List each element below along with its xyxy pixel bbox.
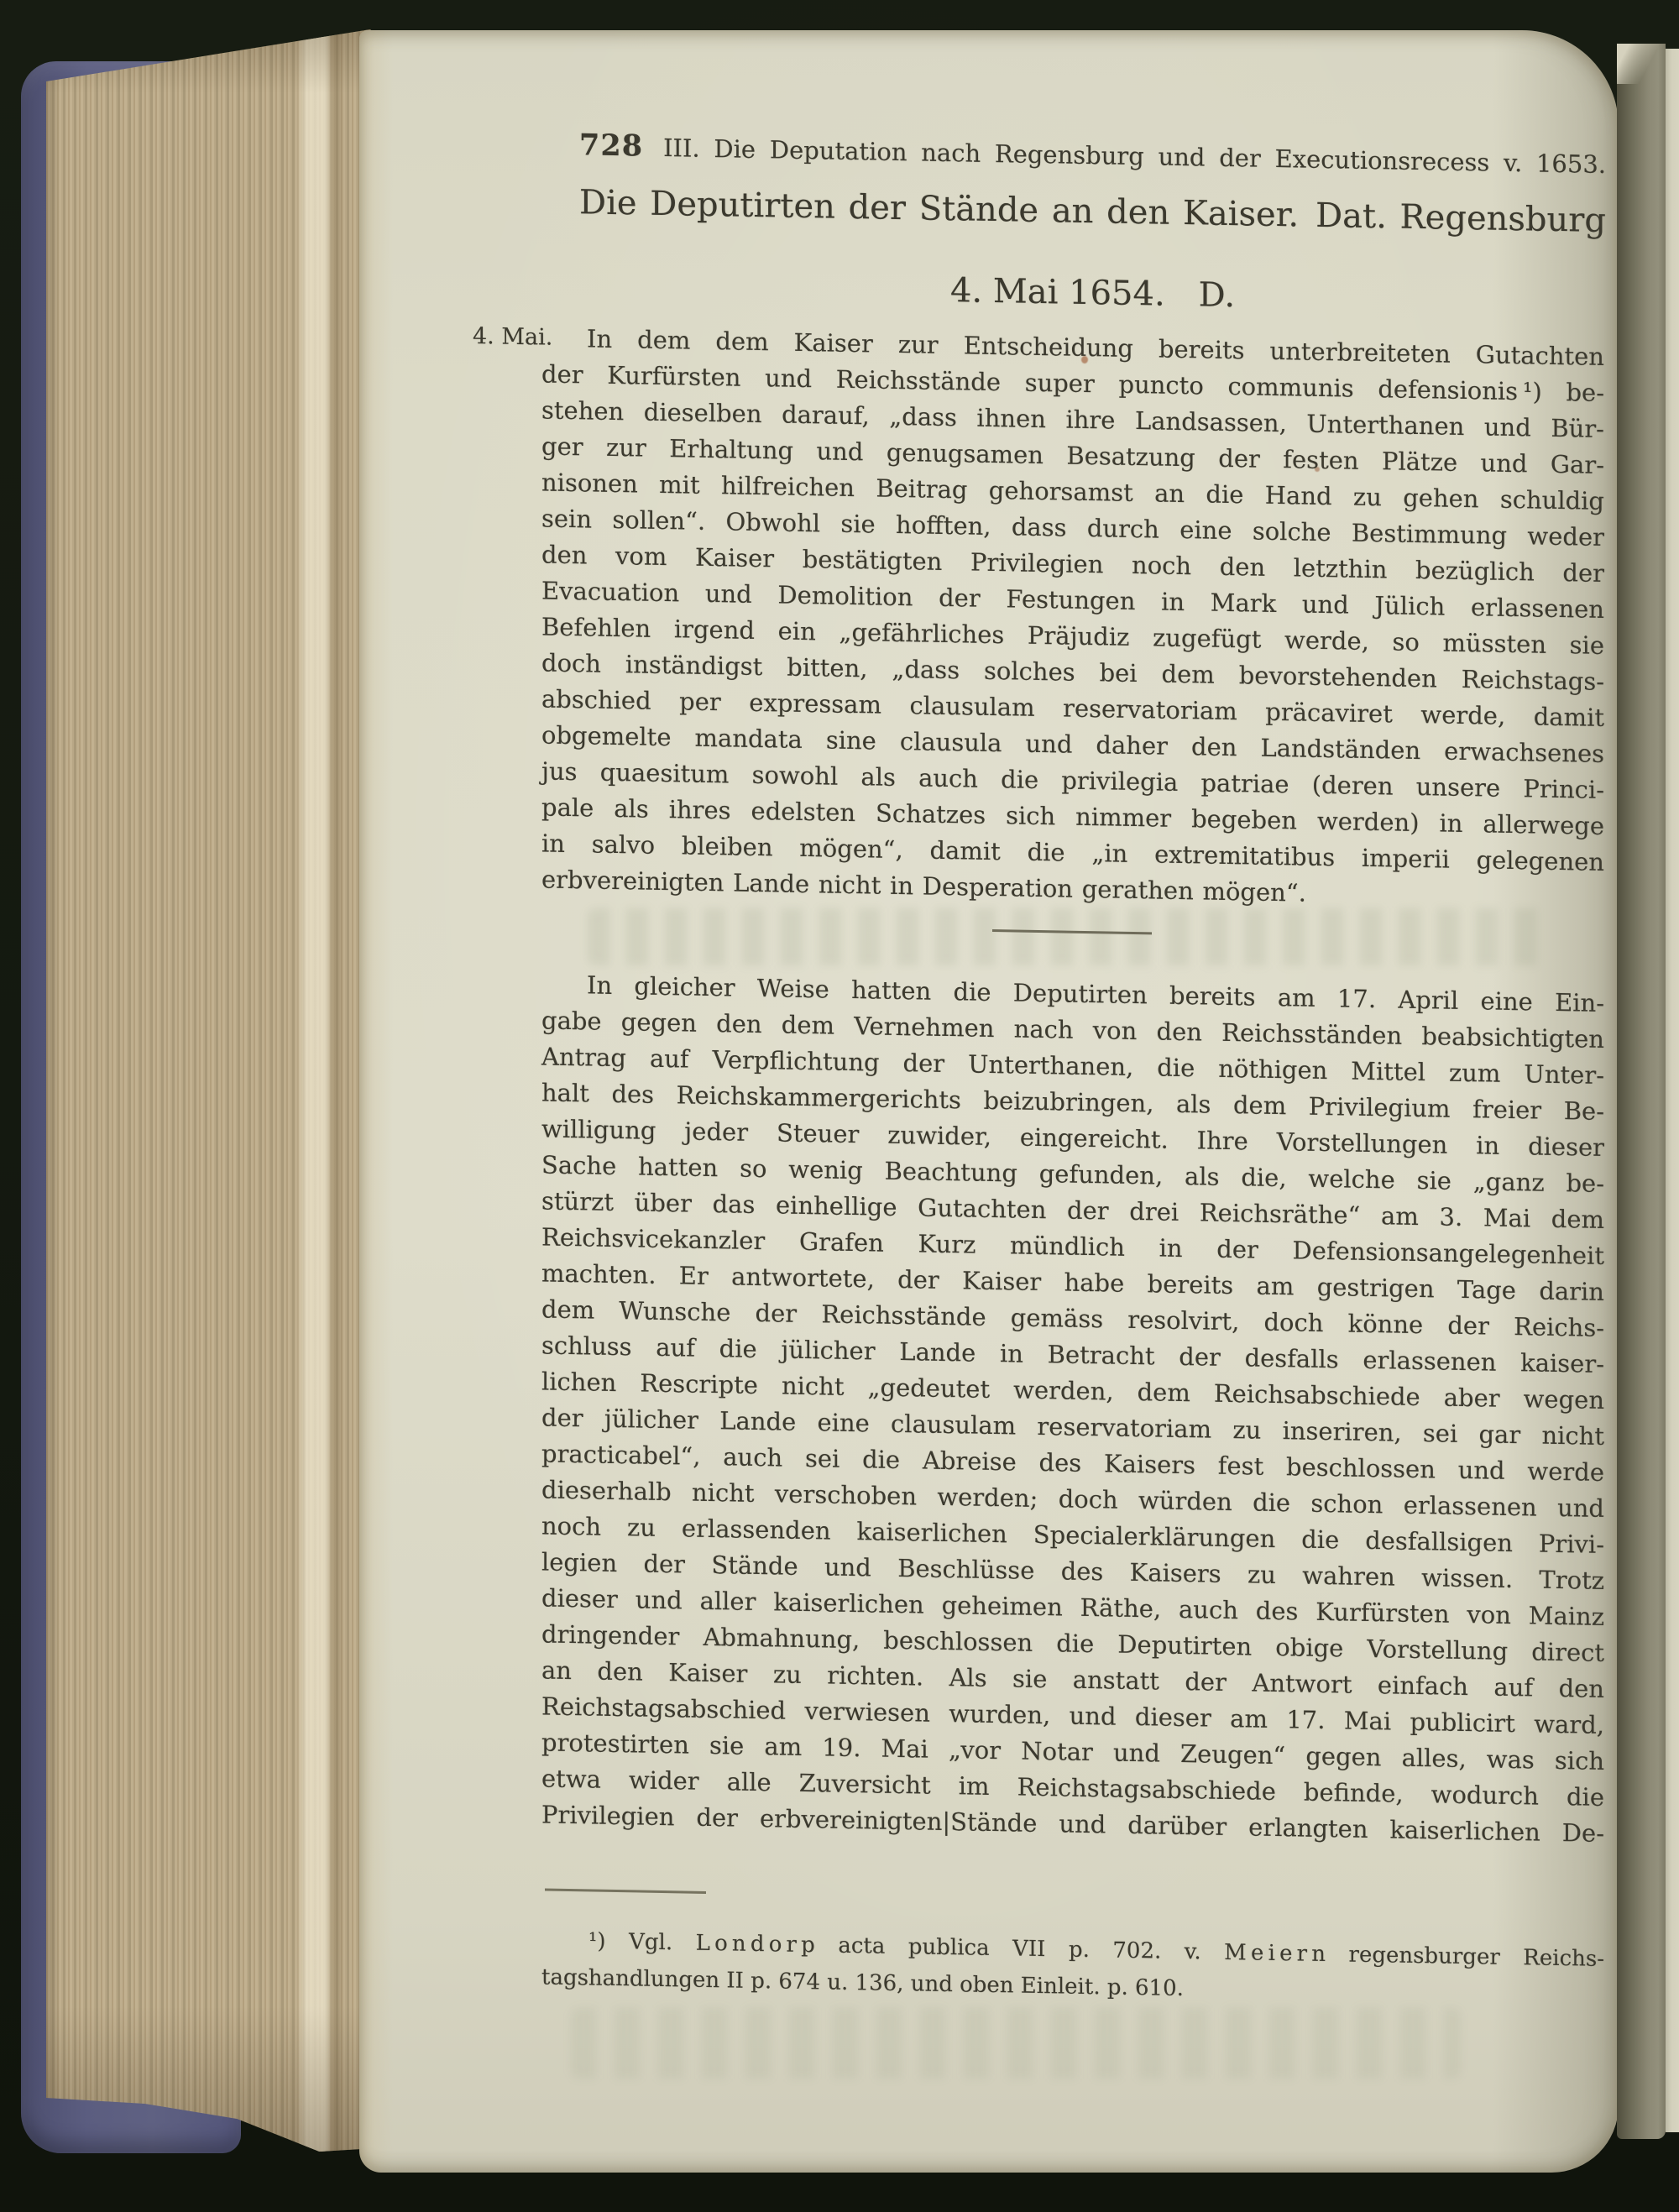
printed-text-layer: 728 III. Die Deputation nach Regensburg …	[473, 126, 1608, 2161]
paragraph-2: In gleicher Weise hatten die Deputirten …	[541, 966, 1604, 1852]
paragraph-1: In dem dem Kaiser zur Entscheidung berei…	[541, 320, 1604, 917]
document-title-line-2: 4. Mai 1654. D.	[579, 264, 1606, 322]
page-gutter-shadow	[1617, 44, 1666, 2139]
photo-backdrop: 728 III. Die Deputation nach Regensburg …	[0, 0, 1679, 2212]
footnote: ¹) Vgl. L o n d o r p acta publica VII p…	[541, 1922, 1604, 2015]
page-stack-fore-edge	[46, 29, 375, 2155]
section-divider-rule	[992, 929, 1152, 934]
footnote-rule	[545, 1889, 706, 1894]
page-number: 728	[579, 128, 643, 163]
document-title-line-1: Die Deputirten der Stände an den Kaiser.…	[579, 183, 1606, 240]
next-page-edge	[1666, 49, 1679, 2132]
